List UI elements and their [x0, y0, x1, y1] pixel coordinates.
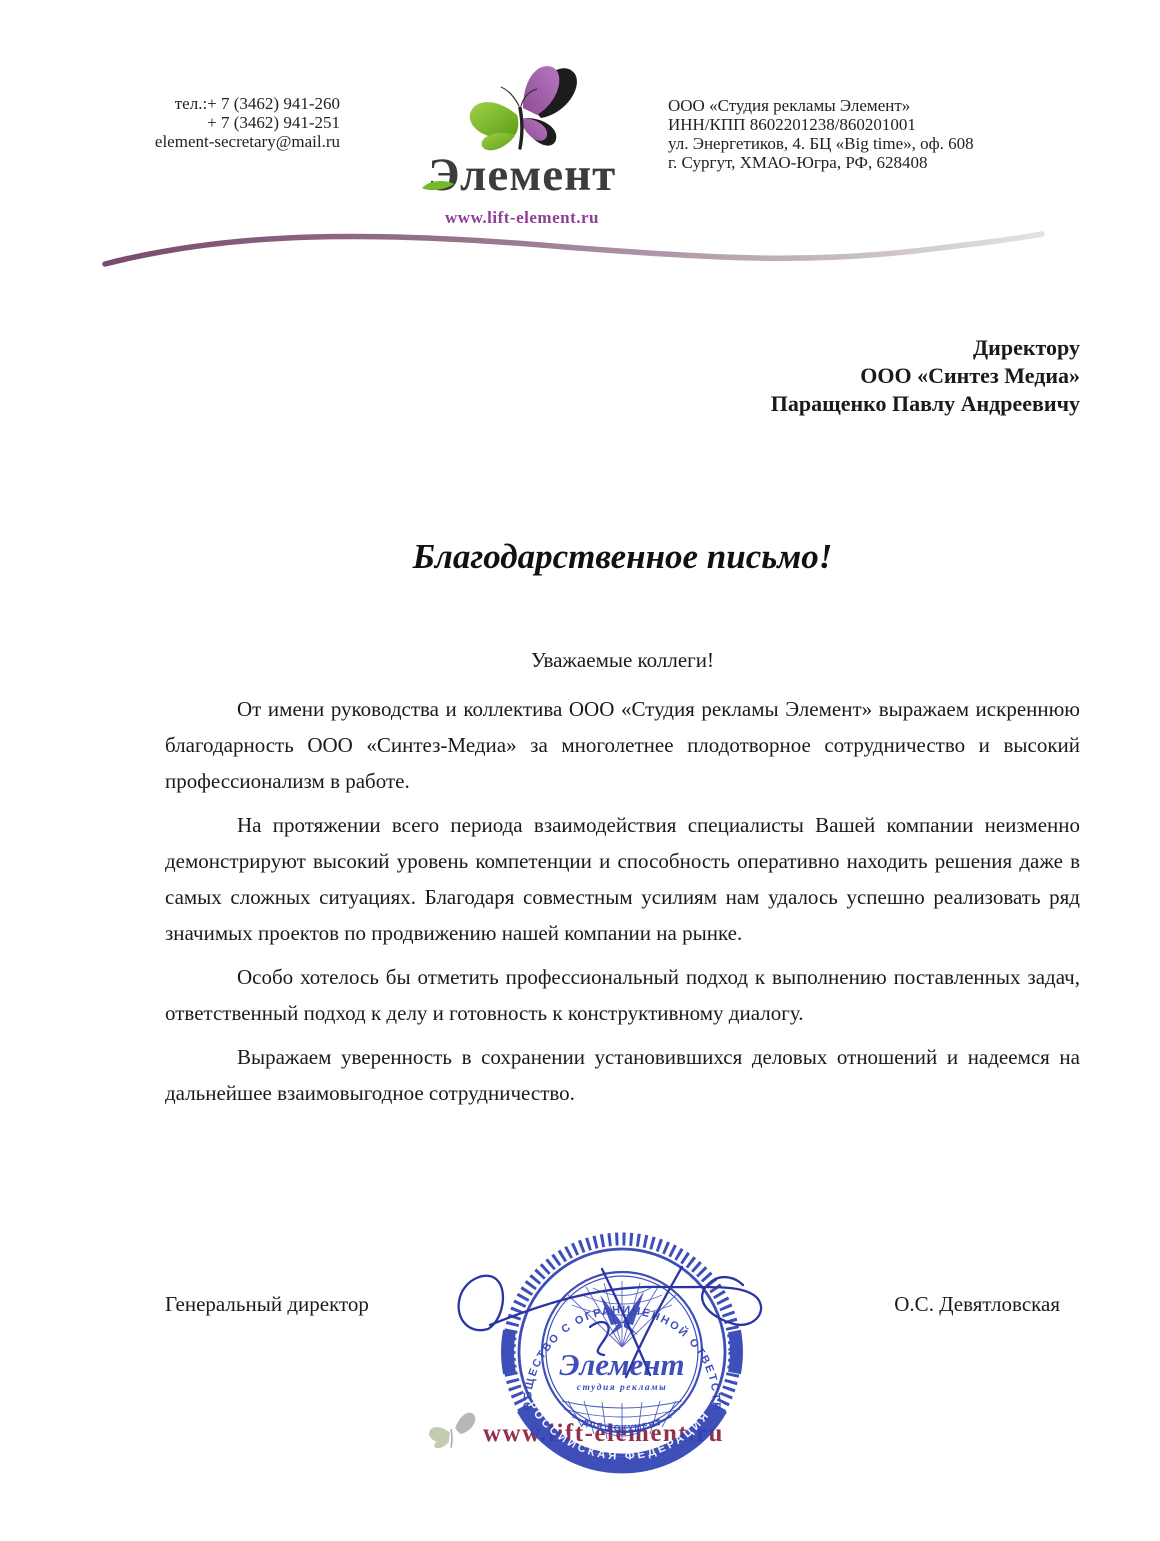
recipient-block: Директору ООО «Синтез Медиа» Паращенко П… [771, 334, 1080, 418]
swoosh-divider [0, 220, 1160, 284]
signer-role: Генеральный директор [165, 1292, 369, 1317]
letter-body: Уважаемые коллеги! От имени руководства … [165, 645, 1080, 1119]
letter-title: Благодарственное письмо! [165, 536, 1080, 578]
phone-line-2: + 7 (3462) 941-251 [140, 113, 340, 132]
logo-wordmark-wrap: Элемент [428, 152, 617, 199]
company-stamp-seal: ОБЩЕСТВО С ОГРАНИЧЕННОЙ ОТВЕТСТВЕННОСТЬЮ… [450, 1225, 790, 1487]
butterfly-icon [463, 58, 581, 158]
recipient-position: Директору [771, 334, 1080, 362]
paragraph-3: Особо хотелось бы отметить профессиональ… [165, 959, 1080, 1031]
company-inn: ИНН/КПП 8602201238/860201001 [668, 115, 1008, 134]
paragraph-4: Выражаем уверенность в сохранении устано… [165, 1039, 1080, 1111]
signer-name: О.С. Девятловская [894, 1292, 1060, 1317]
company-city: г. Сургут, ХМАО-Югра, РФ, 628408 [668, 153, 1008, 172]
company-street: ул. Энергетиков, 4. БЦ «Big time», оф. 6… [668, 134, 1008, 153]
logo-wordmark: Элемент [428, 149, 617, 201]
leaf-icon [421, 176, 455, 194]
stamp-center-sub: студия рекламы [577, 1382, 668, 1393]
company-logo: Элемент www.lift-element.ru [392, 58, 652, 228]
company-name: ООО «Студия рекламы Элемент» [668, 96, 1008, 115]
paragraph-2: На протяжении всего периода взаимодейств… [165, 807, 1080, 951]
paragraph-1: От имени руководства и коллектива ООО «С… [165, 691, 1080, 799]
header-company-info: ООО «Студия рекламы Элемент» ИНН/КПП 860… [668, 96, 1008, 172]
letter-page: тел.:+ 7 (3462) 941-260 + 7 (3462) 941-2… [0, 0, 1160, 1541]
stamp-center-name: Элемент [559, 1347, 684, 1382]
header-contacts: тел.:+ 7 (3462) 941-260 + 7 (3462) 941-2… [140, 94, 340, 151]
recipient-company: ООО «Синтез Медиа» [771, 362, 1080, 390]
recipient-person: Паращенко Павлу Андреевичу [771, 390, 1080, 418]
email-line: element-secretary@mail.ru [140, 132, 340, 151]
phone-line-1: тел.:+ 7 (3462) 941-260 [140, 94, 340, 113]
greeting: Уважаемые коллеги! [165, 645, 1080, 675]
